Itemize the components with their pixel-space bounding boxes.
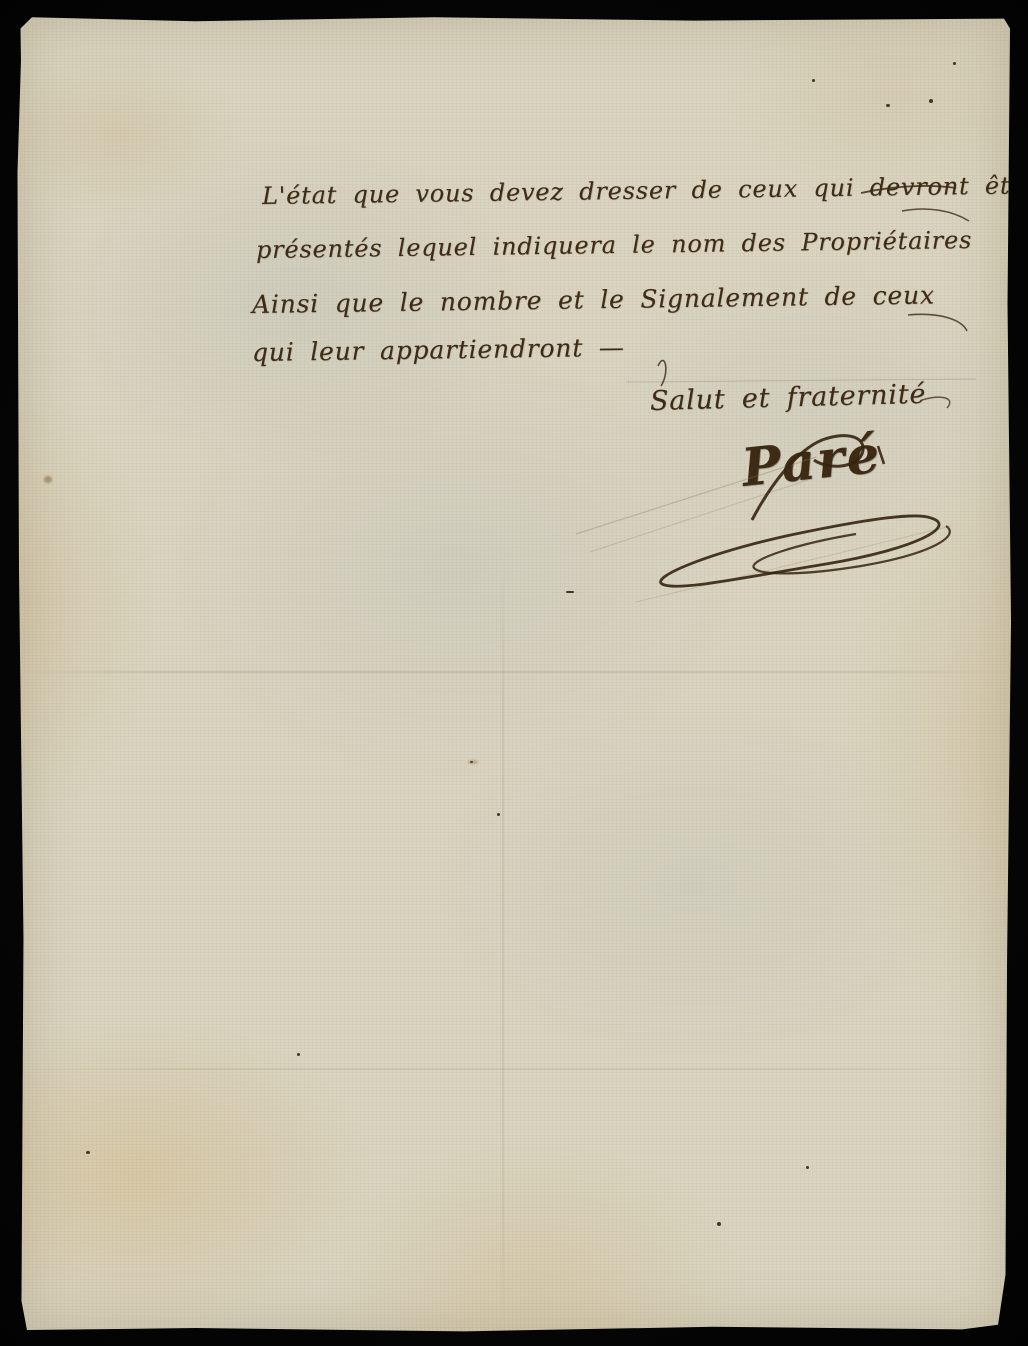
ink-speck xyxy=(717,1222,721,1226)
ink-speck xyxy=(886,104,890,107)
ink-speck xyxy=(566,591,574,593)
ink-speck xyxy=(953,62,956,65)
ink-speck xyxy=(812,79,815,82)
scan-background: L'état que vous devez dresser de ceux qu… xyxy=(0,0,1028,1346)
rust-stain xyxy=(44,476,52,483)
ink-speck xyxy=(806,1166,809,1169)
ink-speck xyxy=(929,99,933,103)
ink-speck xyxy=(297,1053,300,1056)
ink-speck xyxy=(497,813,500,816)
ink-speck xyxy=(86,1151,90,1154)
letter-line-4: qui leur appartiendront — xyxy=(252,333,625,367)
rust-stain xyxy=(468,760,478,764)
letter-page: L'état que vous devez dresser de ceux qu… xyxy=(16,14,1012,1334)
paper-texture xyxy=(16,14,1012,1334)
